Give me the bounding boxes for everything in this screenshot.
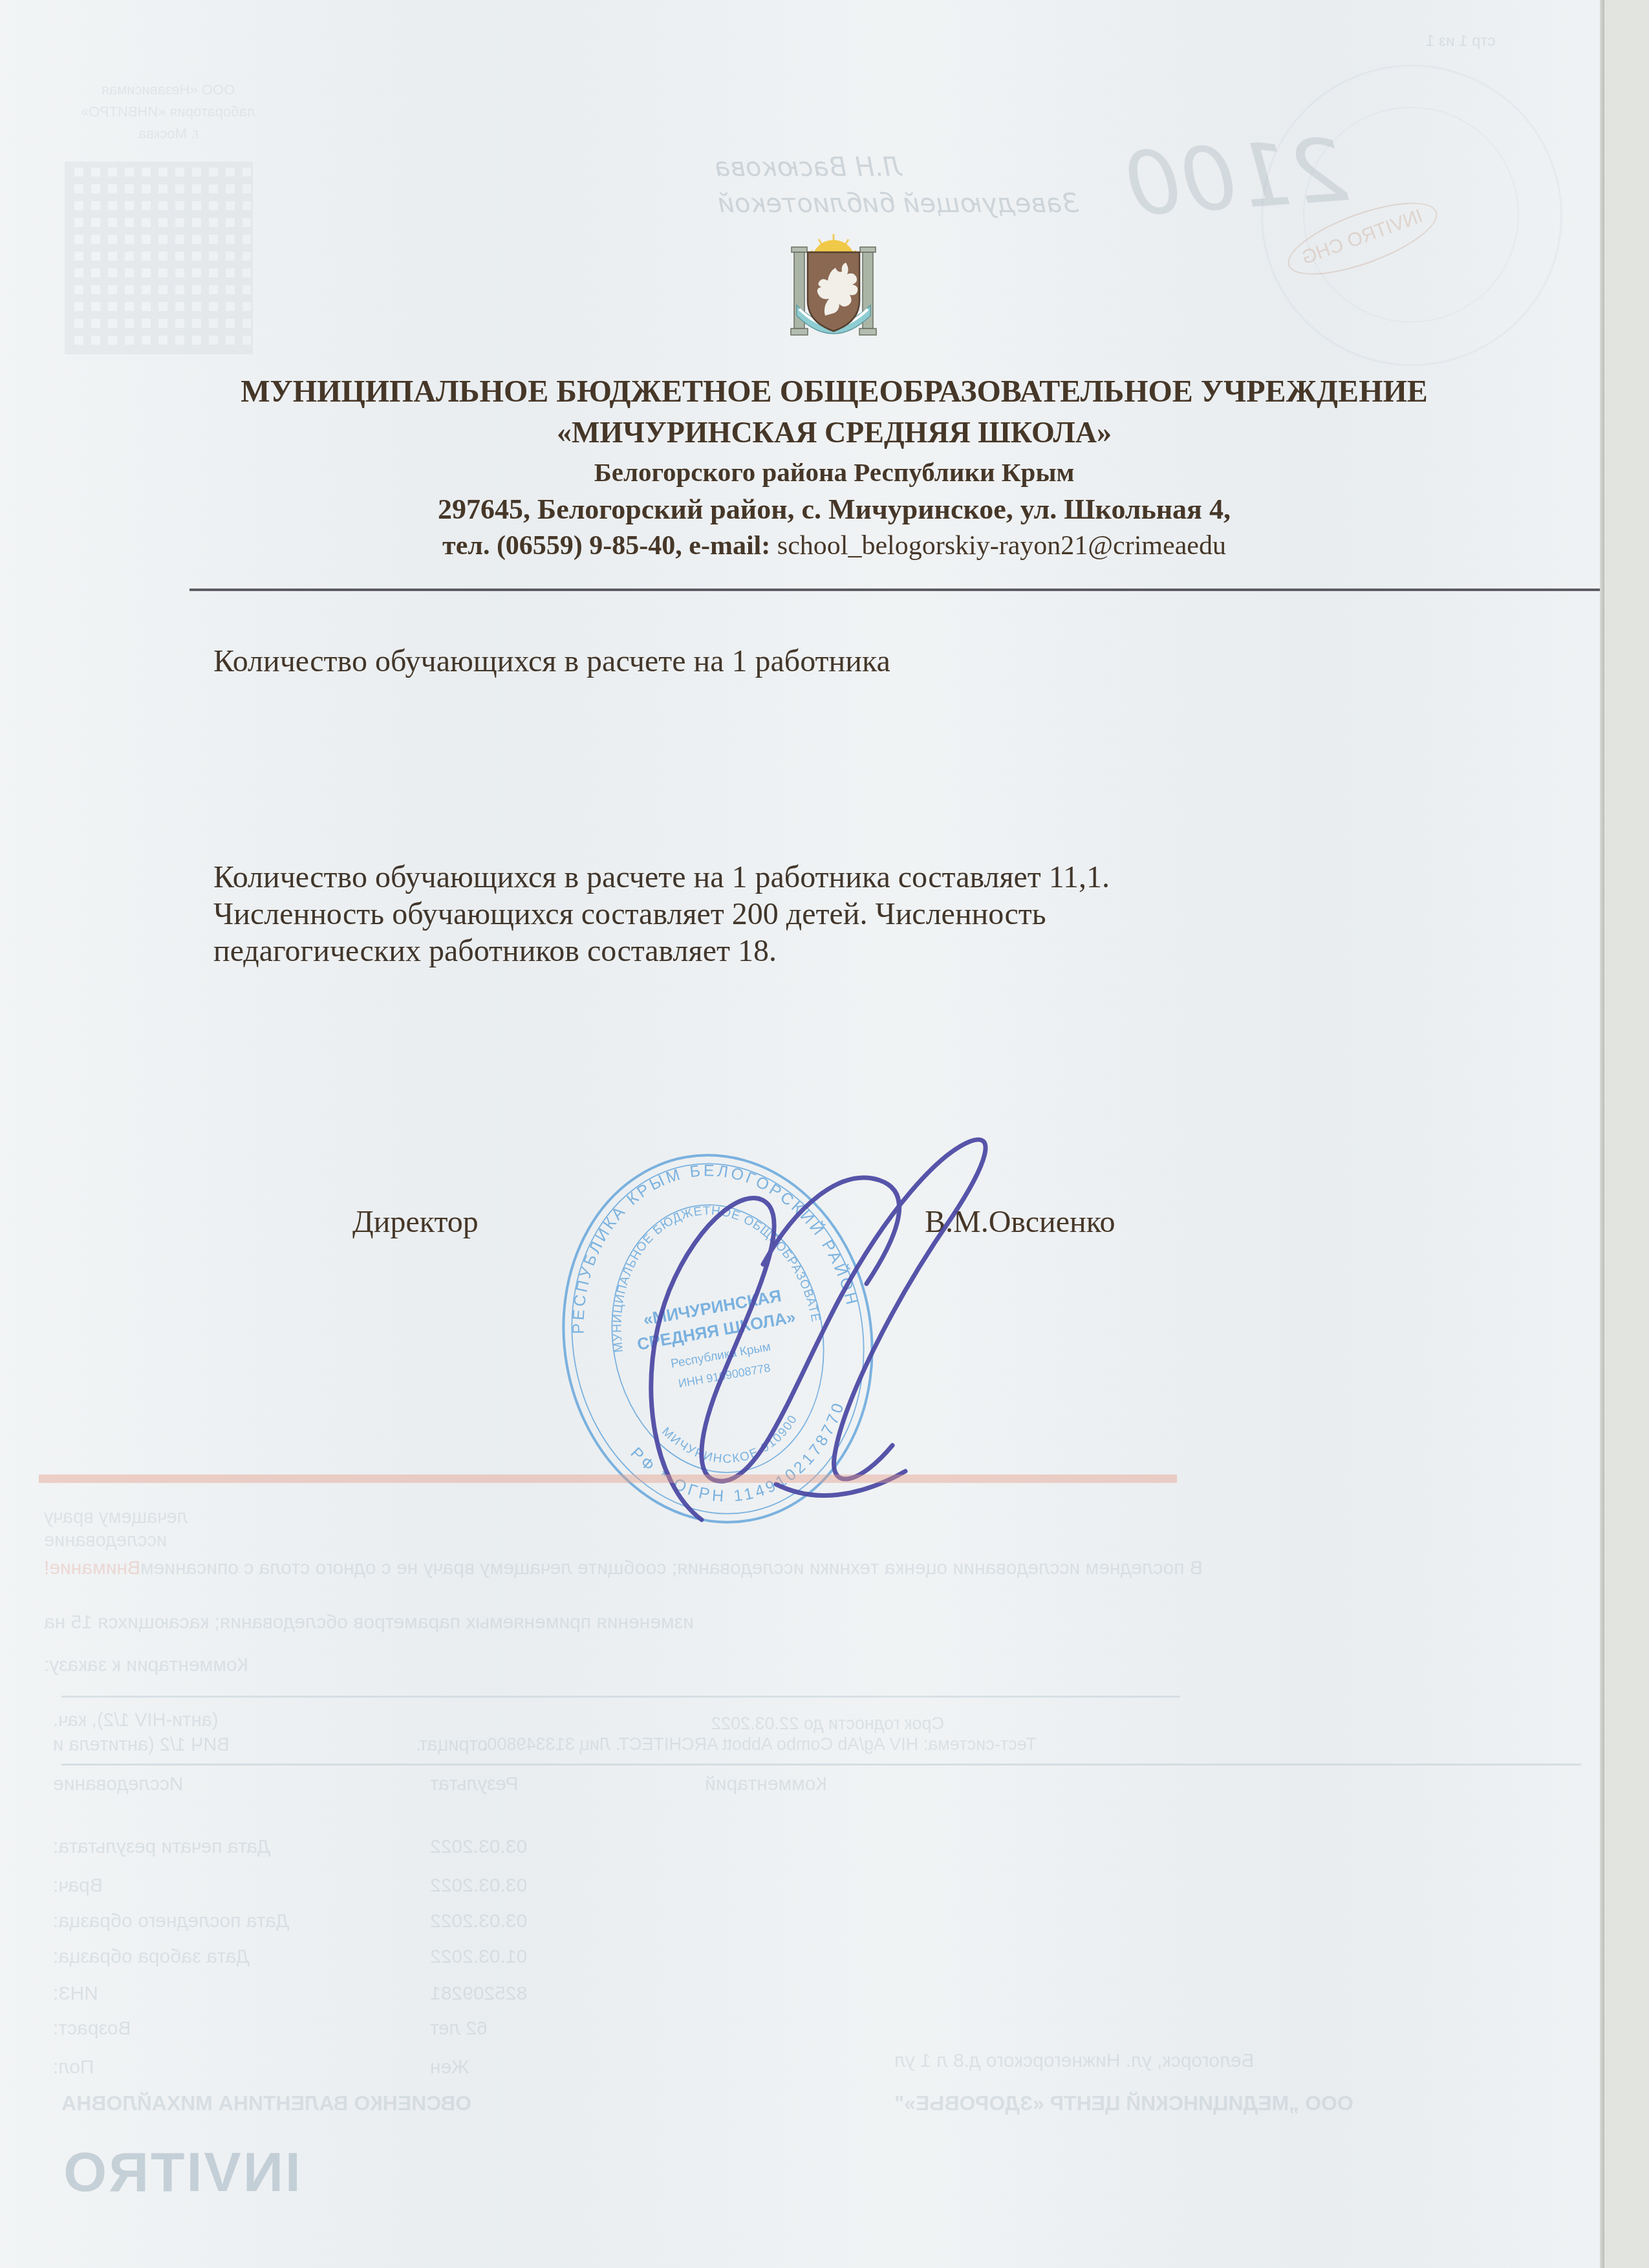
scanned-document-page: стр 1 из 1 ООО «Независимая лаборатория …: [0, 0, 1649, 2268]
director-signature: [614, 1116, 1054, 1562]
ghost-divider: [61, 1696, 1180, 1698]
ghost-test-cell: ВИЧ 1/2 (антитела и: [53, 1734, 230, 1756]
ghost-table-row-label: Возраст:: [53, 2018, 131, 2040]
body-line: Численность обучающихся составляет 200 д…: [213, 896, 1313, 933]
crimea-coat-of-arms: [786, 233, 881, 346]
body-line: педагогических работников составляет 18.: [213, 933, 1313, 969]
ghost-expiry-line: Срок годности до 22.03.2022: [711, 1714, 944, 1734]
org-address-line: 297645, Белогорский район, с. Мичуринско…: [178, 493, 1491, 526]
ghost-test-cell: (анти-HIV 1/2), кач.: [53, 1710, 218, 1731]
document-title: Количество обучающихся в расчете на 1 ра…: [213, 643, 890, 679]
email-address: school_belogorskiy-rayon21@crimeaedu: [777, 531, 1226, 561]
ghost-qr-text-line: г. Москва: [71, 125, 265, 142]
ghost-divider: [61, 1764, 1581, 1766]
org-name-line1: МУНИЦИПАЛЬНОЕ БЮДЖЕТНОЕ ОБЩЕОБРАЗОВАТЕЛЬ…: [178, 374, 1491, 409]
ghost-note-line: лечащему врачу: [44, 1507, 188, 1528]
ghost-params-line: изменения применяемых параметров обследо…: [44, 1612, 694, 1634]
ghost-handwriting-title: Заведующей библиотекой: [718, 189, 1079, 219]
org-contacts-line: тел. (06559) 9-85-40, e-mail: school_bel…: [178, 530, 1491, 561]
ghost-test-result: отрицат.: [416, 1734, 488, 1756]
ghost-table-row-value: 01.03.2022: [430, 1946, 527, 1968]
ghost-table-row-label: Пол:: [53, 2057, 94, 2079]
ghost-page-counter: стр 1 из 1: [1426, 32, 1495, 50]
ghost-patient-name: ОВСИЕНКО ВАЛЕНТИНА МИХАЙЛОВНА: [61, 2091, 471, 2115]
ghost-table-row-label: Дата печати результата:: [53, 1836, 270, 1858]
ghost-table-row-label: Дата забора образца:: [53, 1946, 250, 1968]
ghost-table-row-label: ИНЗ:: [53, 1983, 98, 2005]
ghost-pink-band: [39, 1474, 1177, 1483]
ghost-qr-text-line: ООО «Независимая: [71, 81, 265, 98]
ghost-address-line: Белогорск, ул. Нижнегорского д.8 л 1 ул: [894, 2050, 1254, 2072]
paper-edge: [1600, 0, 1604, 2268]
ghost-table-row-value: Жен: [430, 2057, 469, 2079]
scanner-background-strip: [1604, 0, 1649, 2268]
qr-code-ghost: [65, 162, 253, 354]
ghost-warning-line: Внимание! В последнем исследовании оценк…: [44, 1557, 1203, 1579]
org-name-line2: «МИЧУРИНСКАЯ СРЕДНЯЯ ШКОЛА»: [178, 415, 1491, 449]
ghost-test-system: Тест-система: HIV Ag/Ab Combo Abbott ARC…: [482, 1734, 1037, 1755]
ghost-org-name: ООО „МЕДИЦИНСКИЙ ЦЕНТР «ЗДОРОВЬЕ»": [894, 2091, 1353, 2115]
body-line: Количество обучающихся в расчете на 1 ра…: [213, 859, 1313, 896]
ghost-note-line: исследование: [44, 1530, 167, 1551]
ghost-table-row-label: Дата последнего образца:: [53, 1910, 289, 1932]
ghost-table-row-value: 62 лет: [430, 2018, 488, 2040]
ghost-qr-text-line: лаборатория «ИНВИТРО»: [71, 103, 265, 120]
ghost-invitro-logo: INVITRO: [61, 2141, 301, 2205]
ghost-table-row-value: 825209281: [430, 1983, 527, 2005]
header-divider-line: [189, 589, 1604, 591]
ghost-table-row-value: 03.03.2022: [430, 1910, 527, 1932]
document-body: Количество обучающихся в расчете на 1 ра…: [213, 859, 1313, 969]
ghost-handwriting-name: Л.Н Васюкова: [715, 153, 902, 182]
phone-label: тел. (06559) 9-85-40, e-mail:: [442, 531, 770, 561]
ghost-column-header: Исследование: [53, 1773, 184, 1795]
ghost-table-row-label: Врач:: [53, 1875, 103, 1897]
ghost-column-header: Результат: [430, 1773, 518, 1795]
org-region-line: Белогорского района Республики Крым: [178, 457, 1491, 488]
ghost-comments-line: Комментарии к заказу:: [44, 1654, 248, 1676]
signer-role: Директор: [352, 1204, 479, 1240]
ghost-warning-word: Внимание!: [44, 1557, 140, 1579]
ghost-table-row-value: 03.03.2022: [430, 1875, 527, 1897]
ghost-column-header: Комментарий: [705, 1773, 827, 1795]
ghost-table-row-value: 03.03.2022: [430, 1836, 527, 1858]
